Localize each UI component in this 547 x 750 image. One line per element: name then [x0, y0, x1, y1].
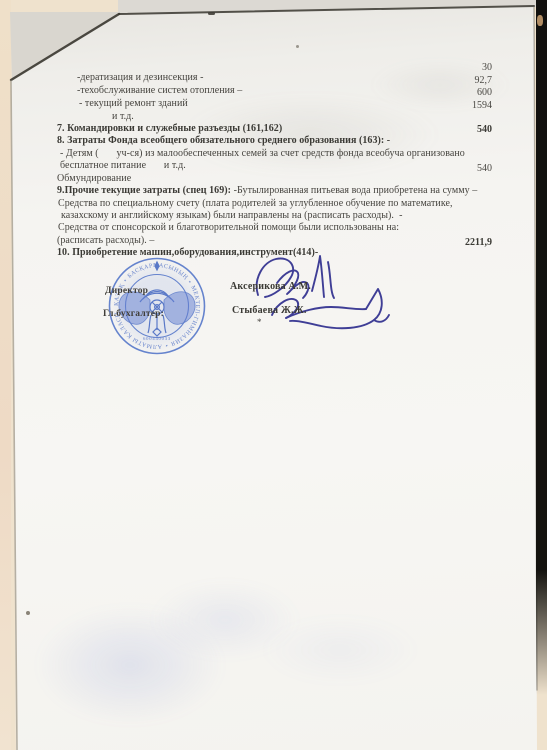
document-line: 10. Приобретение машин,оборудования,инст… [57, 247, 318, 258]
scan-dark-band [536, 0, 547, 695]
document-line: - Детям ( уч-ся) из малообеспеченных сем… [60, 148, 465, 159]
amount-value: 2211,9 [465, 237, 492, 248]
document-line: и т.д. [112, 111, 134, 122]
amount-value: 540 [477, 124, 492, 135]
document-line: 8. Затраты Фонда всеобщего обязательного… [57, 135, 390, 146]
stray-mark: * [257, 317, 262, 327]
document-line: бесплатное питание и т.д. [60, 160, 186, 171]
amount-value: 540 [477, 163, 492, 174]
document-line: Средства по специальному счету (плата ро… [58, 198, 453, 209]
document-line-segment: 9.Прочие текущие затраты (спец 169): [57, 185, 234, 196]
scanned-document: ҚАЗАҚ ⋆ БАСҚАРМАСЫНЫҢ ⋆ МЕКТЕП-ГИМНАЗИЯ … [0, 0, 547, 750]
director-label: Директор [105, 286, 148, 296]
director-name: Аксерикова А.М. [230, 281, 311, 292]
scan-speck [537, 15, 543, 26]
amount-value: 600 [477, 87, 492, 98]
amount-value: 30 [482, 62, 492, 73]
document-line-segment: -Бутылированная питьевая вода приобретен… [234, 185, 478, 196]
document-line: (расписать расходы). – [57, 235, 154, 246]
amount-value: 1594 [472, 100, 492, 111]
document-line: казахскому и английскому языкам) были на… [61, 210, 402, 221]
amount-value: 92,7 [475, 75, 493, 86]
document-line: -техобслуживание систем отопления – [77, 85, 242, 96]
document-line: -дератизация и дезинсекция - [77, 72, 204, 83]
document-line: 9.Прочие текущие затраты (спец 169): -Бу… [57, 185, 477, 196]
document-line: Средства от спонсорской и благотворитель… [58, 222, 399, 233]
document-line: Обмундирование [57, 173, 131, 184]
accountant-label: Гл.бухгалтер: [103, 309, 164, 319]
document-line: - текущий ремонт зданий [79, 98, 188, 109]
accountant-name: Стыбаева Ж.Ж. [232, 305, 307, 316]
document-line: 7. Командировки и служебные разъезды (16… [57, 123, 282, 134]
